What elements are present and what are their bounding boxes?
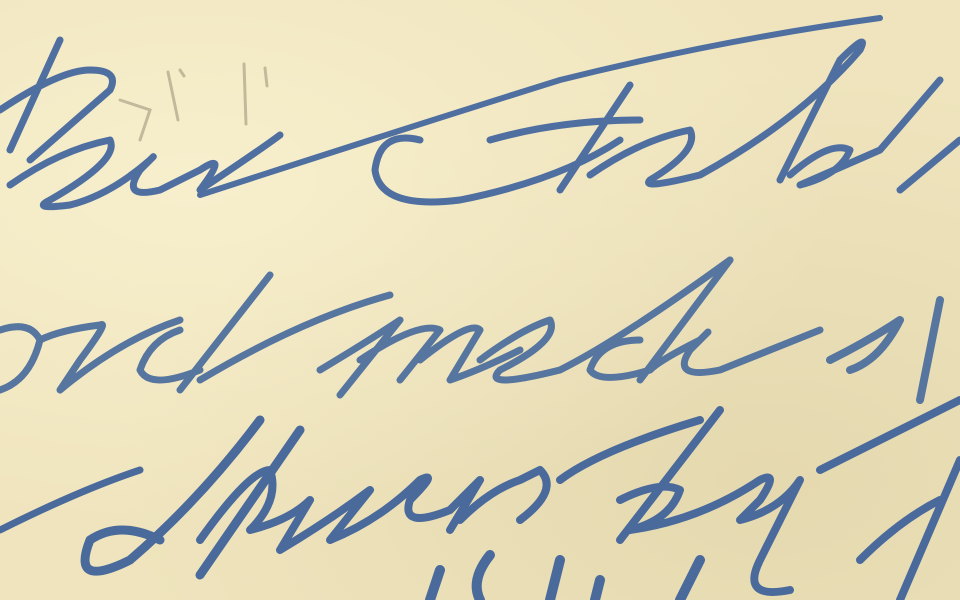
handwriting-strokes [0,0,960,600]
handwritten-letter-photo: Heer Felsh ord mede ge Maandag [0,0,960,600]
line-2-ord-mede-ge [0,260,940,400]
line-3-maandag [0,400,960,600]
line-1-heer-felsh [0,18,960,207]
faint-stamp-marks [120,64,267,140]
